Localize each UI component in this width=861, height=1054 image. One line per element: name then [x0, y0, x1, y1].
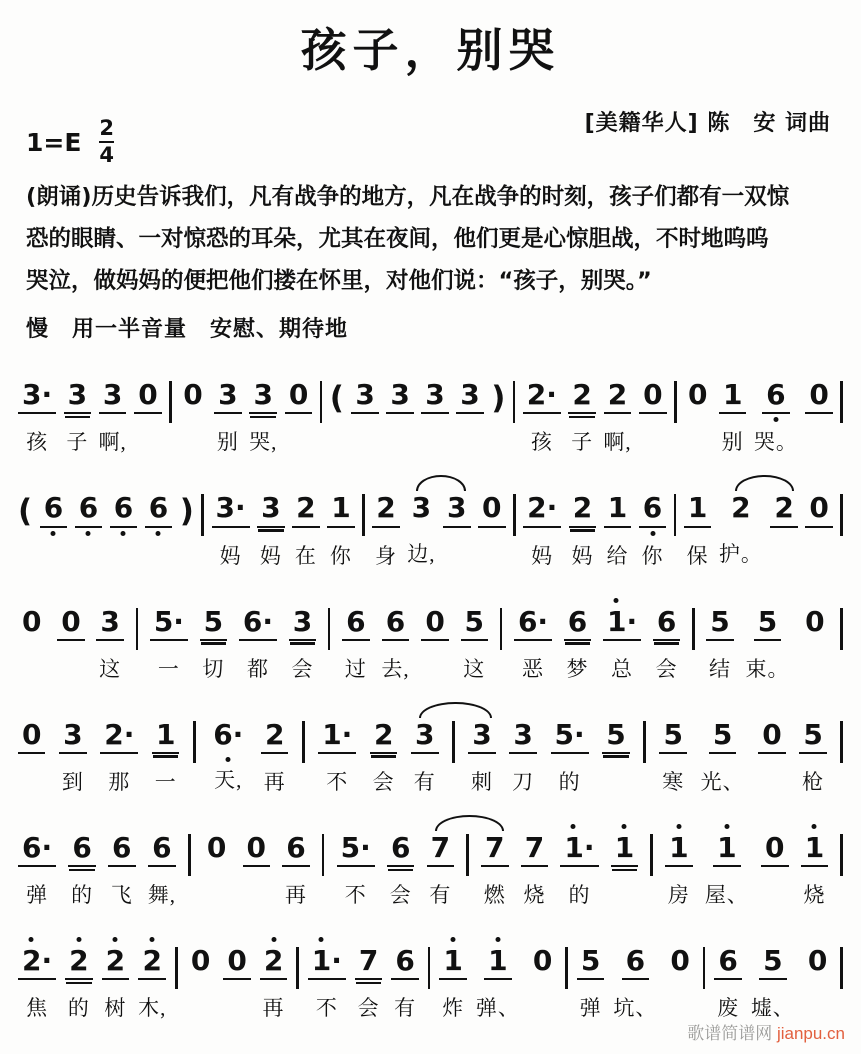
sheet-music-page: 孩子，别哭 1=E 2 4 [美籍华人] 陈 安 词曲 (朗诵)历史告诉我们，凡… [0, 0, 861, 1054]
note: 2在 [292, 492, 319, 569]
note-digits: 0 [57, 606, 84, 641]
note-digits: 2 [260, 945, 287, 980]
lyric-syllable: 树 [104, 992, 126, 1022]
lyric-syllable: 去, [381, 653, 409, 683]
note-digits: 5· [551, 719, 589, 754]
lyric-syllable: 刺 [471, 766, 493, 796]
note-digits: 0 [223, 945, 250, 980]
lyric-syllable: 别 [217, 426, 239, 456]
rest-note: 0 [18, 606, 45, 677]
note: 5墟、 [751, 945, 795, 1022]
note-digits: 6 [282, 832, 309, 867]
note: 7燃 [481, 832, 508, 909]
note: 5结 [706, 606, 733, 683]
note: 5光、 [701, 719, 745, 796]
lyric-syllable: 孩 [26, 426, 48, 456]
lyric-syllable: 的 [559, 766, 581, 796]
octave-dot-high [113, 937, 118, 942]
note: 3 [386, 379, 413, 452]
note: 6 [40, 492, 67, 565]
lyric-syllable: 会 [358, 992, 380, 1022]
rest-note: 0 [134, 379, 161, 452]
note-digits: 0 [243, 832, 270, 867]
lyric-syllable: 总 [611, 653, 633, 683]
parenthesis: ( [18, 492, 32, 531]
score-line: 3·孩3子3啊,003别3哭,0(3333)2·孩2子2啊,001别6哭。0 [18, 379, 843, 456]
note-digits: 2· [523, 379, 561, 414]
note-digits: 6 [653, 606, 680, 641]
note: 7会 [355, 945, 382, 1022]
note-digits: 1 [327, 492, 354, 527]
note-digits: 0 [134, 379, 161, 414]
slur [419, 702, 491, 718]
lyric-syllable: 坑、 [613, 992, 657, 1022]
note: 1屋、 [705, 832, 749, 909]
note: 1·总 [603, 606, 641, 683]
lyric-syllable: 子 [66, 426, 88, 456]
note: 2·妈 [523, 492, 561, 569]
meter-upper: 2 [99, 118, 114, 139]
barline [201, 494, 204, 536]
note: 7烧 [521, 832, 548, 909]
note-digits: 3 [99, 379, 126, 414]
lyric-syllable: 过 [345, 653, 367, 683]
note: 5弹 [577, 945, 604, 1022]
octave-dot-high [571, 824, 576, 829]
barline [840, 608, 843, 650]
note: 5·的 [551, 719, 589, 796]
note-digits: 1· [318, 719, 356, 754]
note: 6·都 [239, 606, 277, 683]
barline [513, 494, 516, 536]
lyric-syllable: 炸 [442, 992, 464, 1022]
note-digits: 7 [481, 832, 508, 867]
note: 6哭。 [754, 379, 798, 456]
header-row: 1=E 2 4 [美籍华人] 陈 安 词曲 [26, 106, 831, 166]
note-digits: 2· [523, 492, 561, 527]
note-digits: 2 [727, 492, 754, 525]
octave-dot-high [28, 937, 33, 942]
lyric-syllable: 一 [155, 766, 177, 796]
lyric-syllable: 再 [285, 879, 307, 909]
barline [840, 721, 843, 763]
note-digits: 2 [370, 719, 397, 754]
note-digits: 2 [261, 719, 288, 754]
lyric-syllable: 都 [247, 653, 269, 683]
rest-note: 0 [801, 606, 828, 677]
rest-note: 0 [761, 832, 788, 905]
note-digits: 2 [372, 492, 399, 527]
barline [362, 494, 365, 536]
lyric-syllable: 的 [71, 879, 93, 909]
note-digits: 6 [387, 832, 414, 867]
barline [466, 834, 469, 876]
lyric-syllable: 有 [414, 766, 436, 796]
note: 3子 [64, 379, 91, 456]
lyric-syllable: 这 [463, 653, 485, 683]
narration-line: (朗诵)历史告诉我们，凡有战争的地方，凡在战争的时刻，孩子们都有一双惊 [26, 176, 835, 218]
lyric-syllable: 别 [722, 426, 744, 456]
rest-note: 0 [285, 379, 312, 452]
lyric-syllable: 梦 [567, 653, 589, 683]
note-digits: 5 [709, 719, 736, 754]
note-digits: 6 [342, 606, 369, 641]
note-digits: 0 [203, 832, 230, 865]
rest-note: 0 [18, 719, 45, 792]
barline [320, 381, 323, 423]
lyric-syllable: 刀 [512, 766, 534, 796]
parenthesis: ( [330, 379, 344, 418]
barline [322, 834, 325, 876]
note: 5寒 [659, 719, 686, 796]
lyric-syllable: 焦 [26, 992, 48, 1022]
note: 3哭, [249, 379, 277, 456]
score-line: 003这5·一5切6·都3会6过6去,05这6·恶6梦1·总6会5结5束。0 [18, 606, 843, 683]
note-digits: 0 [639, 379, 666, 414]
note-digits: 0 [758, 719, 785, 754]
note: 6会 [387, 832, 414, 909]
note: 5 [602, 719, 629, 792]
lyric-syllable: 会 [291, 653, 313, 683]
note-digits: 5 [577, 945, 604, 980]
barline [692, 608, 695, 650]
note: 3别 [214, 379, 241, 456]
composer-credit: [美籍华人] 陈 安 词曲 [585, 106, 831, 137]
octave-dot-high [724, 824, 729, 829]
lyric-syllable: 光、 [701, 766, 745, 796]
note: 3刺 [468, 719, 495, 796]
lyric-syllable: 束。 [745, 653, 789, 683]
lyric-syllable: 你 [642, 540, 664, 570]
rest-note: 0 [243, 832, 270, 905]
note-digits: 6· [209, 719, 247, 752]
lyric-syllable: 弹 [26, 879, 48, 909]
note-digits: 7 [427, 832, 454, 867]
note-digits: 5 [200, 606, 227, 641]
note-digits: 6 [145, 492, 172, 527]
barline [169, 381, 172, 423]
lyric-syllable: 恶 [522, 653, 544, 683]
score-line: 03到2·那1一6·天,2再1·不2会3有3刺3刀5·的55寒5光、05枪 [18, 719, 843, 796]
note: 3边, [407, 492, 435, 567]
note-digits: 5 [461, 606, 488, 641]
octave-dot-high [451, 937, 456, 942]
meter-fraction: 2 4 [99, 118, 114, 166]
rest-note: 0 [684, 379, 711, 450]
note: 1·的 [560, 832, 598, 909]
octave-dot-high [622, 824, 627, 829]
parenthesis: ) [180, 492, 194, 531]
note: 2木, [138, 945, 166, 1022]
watermark-site-name: 歌谱简谱网 [687, 1024, 777, 1043]
barline [428, 947, 431, 989]
note: 6梦 [564, 606, 591, 683]
note-digits: 6 [110, 492, 137, 527]
parenthesis: ) [491, 379, 505, 418]
note-digits: 3· [212, 492, 250, 527]
octave-dot-low [121, 531, 126, 536]
note: 6 [145, 492, 172, 565]
note-digits: 0 [285, 379, 312, 414]
note-digits: 2 [138, 945, 165, 980]
note-digits: 1· [560, 832, 598, 867]
note-digits: 3 [443, 492, 470, 527]
narration-line: 恐的眼睛、一对惊恐的耳朵，尤其在夜间，他们更是心惊胆战，不时地呜呜 [26, 218, 835, 260]
note: 1·不 [318, 719, 356, 796]
note-digits: 5 [754, 606, 781, 641]
note-digits: 0 [805, 379, 832, 414]
rest-note: 0 [805, 379, 832, 452]
note-digits: 6 [639, 492, 666, 527]
lyric-syllable: 切 [202, 653, 224, 683]
note-digits: 2 [770, 492, 797, 527]
note-digits: 1· [603, 606, 641, 641]
lyric-syllable: 那 [108, 766, 130, 796]
note: 5·一 [150, 606, 188, 683]
key-tonic: 1=E [26, 128, 81, 157]
barline [643, 721, 646, 763]
barline [840, 834, 843, 876]
note-digits: 6 [68, 832, 95, 867]
lyric-syllable: 到 [62, 766, 84, 796]
note: 6·天, [209, 719, 247, 794]
note-digits: 7 [521, 832, 548, 867]
barline [840, 381, 843, 423]
note-digits: 3 [411, 719, 438, 754]
barline [175, 947, 178, 989]
rest-note: 0 [187, 945, 214, 1016]
barline [136, 608, 139, 650]
lyric-syllable: 弹、 [476, 992, 520, 1022]
note-digits: 0 [666, 945, 693, 978]
barline [328, 608, 331, 650]
note-digits: 3 [96, 606, 123, 641]
note-digits: 0 [801, 606, 828, 639]
note-digits: 1 [611, 832, 638, 867]
note: 6废 [714, 945, 741, 1022]
octave-dot-high [76, 937, 81, 942]
note-digits: 1· [308, 945, 346, 980]
barline [188, 834, 191, 876]
note: 1别 [719, 379, 746, 456]
lyric-syllable: 有 [394, 992, 416, 1022]
note: 1 [611, 832, 638, 905]
note-digits: 6· [239, 606, 277, 641]
barline [674, 494, 677, 536]
note-digits: 3 [289, 606, 316, 641]
lyric-syllable: 一 [158, 653, 180, 683]
note-digits: 6 [382, 606, 409, 641]
note-digits: 6 [108, 832, 135, 867]
note: 1烧 [801, 832, 828, 909]
note-digits: 1 [665, 832, 692, 867]
note-digits: 3 [386, 379, 413, 414]
barline [674, 381, 677, 423]
note: 5枪 [799, 719, 826, 796]
lyric-syllable: 孩 [531, 426, 553, 456]
note: 6有 [391, 945, 418, 1022]
note-digits: 5 [659, 719, 686, 754]
note: 6会 [653, 606, 680, 683]
lyric-syllable: 不 [345, 879, 367, 909]
barline [565, 947, 568, 989]
note: 6舞, [148, 832, 176, 909]
lyric-syllable: 哭。 [754, 426, 798, 456]
lyric-syllable: 不 [326, 766, 348, 796]
note: 3会 [289, 606, 316, 683]
score-line: (6666)3·妈3妈2在1你2身3边,302·妈2妈1给6你1保2护。20 [18, 492, 843, 569]
barline [703, 947, 706, 989]
barline [193, 721, 196, 763]
song-title: 孩子，别哭 [0, 14, 861, 80]
note: 2·孩 [523, 379, 561, 456]
note: 2妈 [569, 492, 596, 569]
lyric-syllable: 妈 [220, 540, 242, 570]
octave-dot-high [812, 824, 817, 829]
note-digits: 6 [40, 492, 67, 527]
note-digits: 1 [439, 945, 466, 980]
note-digits: 1 [152, 719, 179, 754]
lyric-syllable: 护。 [719, 538, 763, 568]
barline [650, 834, 653, 876]
lyric-syllable: 妈 [571, 540, 593, 570]
note-digits: 6· [514, 606, 552, 641]
note: 2护。 [719, 492, 763, 567]
note: 3刀 [509, 719, 536, 796]
note: 3这 [96, 606, 123, 683]
note: 2 [770, 492, 797, 565]
note: 3 [421, 379, 448, 452]
lyric-syllable: 哭, [249, 426, 277, 456]
narration-line: 哭泣，做妈妈的便把他们搂在怀里，对他们说：“孩子，别哭。” [26, 260, 835, 302]
note-digits: 6 [391, 945, 418, 980]
note: 3 [456, 379, 483, 452]
watermark-site-url: jianpu.cn [777, 1024, 845, 1043]
note-digits: 5· [337, 832, 375, 867]
note-digits: 3 [468, 719, 495, 754]
note-digits: 6 [148, 832, 175, 867]
lyric-syllable: 子 [571, 426, 593, 456]
note-digits: 3 [249, 379, 276, 414]
lyric-syllable: 燃 [484, 879, 506, 909]
octave-dot-high [150, 937, 155, 942]
octave-dot-low [773, 417, 778, 422]
lyric-syllable: 寒 [662, 766, 684, 796]
note-digits: 2 [604, 379, 631, 414]
note: 3妈 [257, 492, 284, 569]
note-digits: 5 [706, 606, 733, 641]
note: 2再 [261, 719, 288, 796]
tempo-marking: 慢 用一半音量 安慰、期待地 [26, 312, 835, 343]
slur [735, 475, 793, 491]
note-digits: 6 [762, 379, 789, 414]
note-digits: 0 [478, 492, 505, 527]
lyric-syllable: 木, [138, 992, 166, 1022]
meter-lower: 4 [99, 141, 114, 166]
note: 1房 [665, 832, 692, 909]
note: 6的 [68, 832, 95, 909]
rest-note: 0 [478, 492, 505, 565]
note-digits: 3 [456, 379, 483, 414]
lyric-syllable: 你 [330, 540, 352, 570]
lyric-syllable: 啊, [99, 426, 127, 456]
lyric-syllable: 枪 [802, 766, 824, 796]
note-digits: 6 [75, 492, 102, 527]
note-digits: 1 [604, 492, 631, 527]
note-digits: 0 [805, 492, 832, 527]
score-line: 2·焦2的2树2木,002再1·不7会6有1炸1弹、05弹6坑、06废5墟、0 [18, 945, 843, 1022]
note: 3·妈 [212, 492, 250, 569]
lyric-syllable: 会 [390, 879, 412, 909]
note-digits: 2 [65, 945, 92, 980]
rest-note: 0 [758, 719, 785, 792]
octave-dot-low [226, 757, 231, 762]
note-digits: 3 [214, 379, 241, 414]
lyric-syllable: 有 [429, 879, 451, 909]
note-digits: 2 [568, 379, 595, 414]
octave-dot-low [650, 531, 655, 536]
note-digits: 1 [719, 379, 746, 414]
octave-dot-low [86, 531, 91, 536]
note: 6坑、 [613, 945, 657, 1022]
barline [840, 494, 843, 536]
lyric-syllable: 保 [687, 540, 709, 570]
note-digits: 2· [100, 719, 138, 754]
note: 6去, [381, 606, 409, 683]
lyric-syllable: 在 [295, 540, 317, 570]
lyric-syllable: 天, [214, 764, 242, 794]
note-digits: 3 [408, 492, 435, 525]
lyric-syllable: 再 [264, 766, 286, 796]
octave-dot-low [51, 531, 56, 536]
note: 1·不 [308, 945, 346, 1022]
note: 2·焦 [18, 945, 56, 1022]
score-line: 6·弹6的6飞6舞,006再5·不6会7有7燃7烧1·的11房1屋、01烧 [18, 832, 843, 909]
note: 6你 [639, 492, 666, 569]
octave-dot-low [156, 531, 161, 536]
note-digits: 3 [64, 379, 91, 414]
rest-note: 0 [57, 606, 84, 679]
lyric-syllable: 会 [656, 653, 678, 683]
octave-dot-high [676, 824, 681, 829]
rest-note: 0 [203, 832, 230, 903]
barline [452, 721, 455, 763]
octave-dot-high [318, 937, 323, 942]
note-digits: 0 [187, 945, 214, 978]
lyric-syllable: 结 [709, 653, 731, 683]
barline [513, 381, 516, 423]
note-digits: 3 [351, 379, 378, 414]
note-digits: 0 [804, 945, 831, 978]
note-digits: 2 [569, 492, 596, 527]
note: 1给 [604, 492, 631, 569]
score: 3·孩3子3啊,003别3哭,0(3333)2·孩2子2啊,001别6哭。0(6… [8, 379, 853, 1022]
key-signature: 1=E 2 4 [26, 118, 114, 166]
note-digits: 3 [421, 379, 448, 414]
slur [435, 815, 504, 831]
rest-note: 0 [805, 492, 832, 565]
note: 3 [351, 379, 378, 452]
note: 2身 [372, 492, 399, 569]
note: 1保 [684, 492, 711, 569]
note: 6·弹 [18, 832, 56, 909]
note-digits: 3· [18, 379, 56, 414]
lyric-syllable: 不 [316, 992, 338, 1022]
note-digits: 0 [421, 606, 448, 641]
lyric-syllable: 给 [607, 540, 629, 570]
rest-note: 0 [529, 945, 556, 1016]
note-digits: 3 [59, 719, 86, 754]
